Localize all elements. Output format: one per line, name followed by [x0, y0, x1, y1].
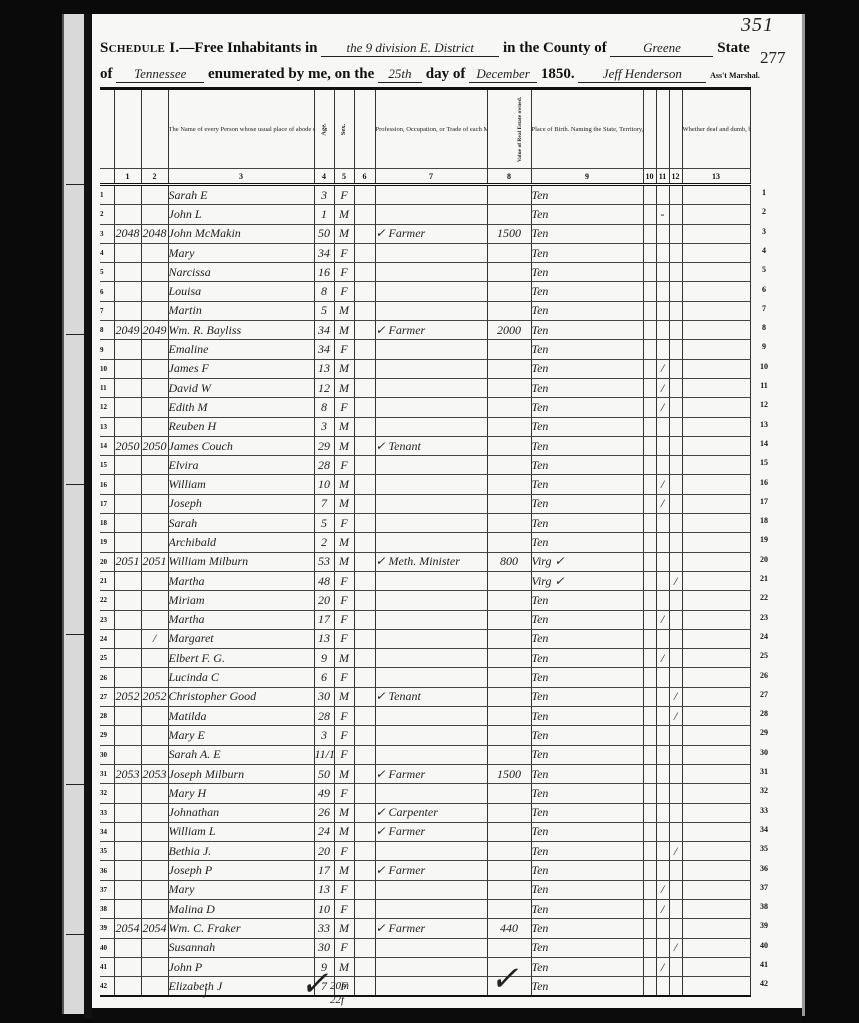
color-value — [354, 784, 375, 803]
person-name: Mary — [168, 243, 314, 262]
birthplace-value: Ten — [531, 938, 643, 957]
dwelling-number — [114, 243, 141, 262]
birthplace-value: Ten — [531, 822, 643, 841]
infirmity-value — [682, 456, 750, 475]
sex-value: M — [334, 359, 354, 378]
real-estate-value — [487, 668, 531, 687]
line-number: 33 — [100, 803, 114, 822]
school-mark — [656, 552, 669, 571]
infirmity-value — [682, 880, 750, 899]
person-name: Wm. R. Bayliss — [168, 321, 314, 340]
year-label: 1850. — [541, 66, 575, 82]
line-number: 22 — [100, 591, 114, 610]
married-mark — [643, 938, 656, 957]
table-row: 23Martha17FTen/ — [100, 610, 750, 629]
line-number: 32 — [100, 784, 114, 803]
line-number: 24 — [100, 629, 114, 648]
person-name: Martha — [168, 571, 314, 590]
married-mark — [643, 456, 656, 475]
family-number — [141, 571, 168, 590]
sex-value: F — [334, 899, 354, 918]
occupation-value — [375, 610, 487, 629]
real-estate-value — [487, 514, 531, 533]
real-estate-value — [487, 417, 531, 436]
married-mark — [643, 668, 656, 687]
age-value: 3 — [314, 726, 334, 745]
infirmity-value — [682, 938, 750, 957]
table-row: 6Louisa8FTen — [100, 282, 750, 301]
married-mark — [643, 552, 656, 571]
married-mark — [643, 185, 656, 205]
color-value — [354, 282, 375, 301]
line-number: 11 — [100, 378, 114, 397]
school-mark — [656, 185, 669, 205]
infirmity-value — [682, 243, 750, 262]
dwelling-number — [114, 861, 141, 880]
illiterate-mark — [669, 880, 682, 899]
illiterate-mark — [669, 899, 682, 918]
infirmity-value — [682, 629, 750, 648]
real-estate-value — [487, 899, 531, 918]
dwelling-number — [114, 591, 141, 610]
person-name: Joseph Milburn — [168, 764, 314, 783]
book-spine — [84, 14, 92, 1019]
real-estate-value — [487, 456, 531, 475]
col-num: 7 — [375, 169, 487, 185]
age-value: 9 — [314, 649, 334, 668]
school-mark — [656, 263, 669, 282]
infirmity-value — [682, 842, 750, 861]
infirmity-value — [682, 205, 750, 224]
line-number-right: 4 — [754, 246, 774, 255]
color-value — [354, 436, 375, 455]
age-value: 34 — [314, 243, 334, 262]
of-label: of — [100, 66, 113, 82]
illiterate-mark — [669, 494, 682, 513]
real-estate-value — [487, 436, 531, 455]
age-value: 17 — [314, 861, 334, 880]
birthplace-value: Virg ✓ — [531, 552, 643, 571]
dwelling-number — [114, 301, 141, 320]
sex-value: F — [334, 591, 354, 610]
sex-value: M — [334, 861, 354, 880]
infirmity-value — [682, 591, 750, 610]
infirmity-value — [682, 359, 750, 378]
person-name: Margaret — [168, 629, 314, 648]
col-num: 4 — [314, 169, 334, 185]
schedule-label: Schedule I. — [100, 40, 179, 56]
table-row: 30Sarah A. E11/12FTen — [100, 745, 750, 764]
line-number: 6 — [100, 282, 114, 301]
col-8-header: Value of Real Estate owned. — [487, 89, 531, 169]
occupation-value — [375, 475, 487, 494]
table-row: 29Mary E3FTen — [100, 726, 750, 745]
age-value: 34 — [314, 340, 334, 359]
line-number: 25 — [100, 649, 114, 668]
age-value: 20 — [314, 842, 334, 861]
dwelling-number — [114, 938, 141, 957]
family-number: 2054 — [141, 919, 168, 938]
person-name: Martin — [168, 301, 314, 320]
school-mark — [656, 340, 669, 359]
real-estate-value — [487, 745, 531, 764]
real-estate-value — [487, 263, 531, 282]
line-number: 34 — [100, 822, 114, 841]
illiterate-mark — [669, 726, 682, 745]
real-estate-value: 800 — [487, 552, 531, 571]
school-mark — [656, 861, 669, 880]
married-mark — [643, 957, 656, 976]
infirmity-value — [682, 494, 750, 513]
family-number — [141, 707, 168, 726]
line-number: 41 — [100, 957, 114, 976]
real-estate-value: 1500 — [487, 224, 531, 243]
color-value — [354, 745, 375, 764]
birthplace-value: Ten — [531, 205, 643, 224]
real-estate-value — [487, 533, 531, 552]
dwelling-number — [114, 629, 141, 648]
real-estate-value — [487, 822, 531, 841]
person-name: John McMakin — [168, 224, 314, 243]
sex-value: F — [334, 784, 354, 803]
illiterate-mark — [669, 243, 682, 262]
tally-males: 20m — [330, 980, 349, 992]
family-number — [141, 822, 168, 841]
age-value: 17 — [314, 610, 334, 629]
marshal-signature: Jeff Henderson — [578, 66, 706, 83]
adjacent-page-edge — [62, 14, 86, 1014]
infirmity-value — [682, 514, 750, 533]
sex-value: M — [334, 552, 354, 571]
infirmity-value — [682, 398, 750, 417]
birthplace-value: Ten — [531, 378, 643, 397]
illiterate-mark — [669, 552, 682, 571]
col-num: 12 — [669, 169, 682, 185]
color-value — [354, 514, 375, 533]
school-mark — [656, 514, 669, 533]
line-number-right: 21 — [754, 574, 774, 583]
age-value: 13 — [314, 880, 334, 899]
family-number: 2050 — [141, 436, 168, 455]
birthplace-value: Ten — [531, 243, 643, 262]
occupation-value — [375, 745, 487, 764]
line-number-right: 10 — [754, 362, 774, 371]
table-row: 38Malina D10FTen/ — [100, 899, 750, 918]
occupation-value: ✓ Meth. Minister — [375, 552, 487, 571]
color-value — [354, 205, 375, 224]
school-mark — [656, 668, 669, 687]
infirmity-value — [682, 919, 750, 938]
col-num: 1 — [114, 169, 141, 185]
family-number — [141, 456, 168, 475]
county-field: Greene — [610, 40, 713, 57]
infirmity-value — [682, 378, 750, 397]
line-number: 19 — [100, 533, 114, 552]
married-mark — [643, 899, 656, 918]
real-estate-value — [487, 571, 531, 590]
line-number-right: 35 — [754, 844, 774, 853]
infirmity-value — [682, 764, 750, 783]
birthplace-value: Ten — [531, 842, 643, 861]
col-num: 5 — [334, 169, 354, 185]
age-value: 10 — [314, 899, 334, 918]
family-number — [141, 861, 168, 880]
line-number-right: 33 — [754, 806, 774, 815]
family-number — [141, 649, 168, 668]
infirmity-value — [682, 321, 750, 340]
line-number-right: 36 — [754, 864, 774, 873]
married-mark — [643, 649, 656, 668]
line-number: 18 — [100, 514, 114, 533]
line-number-right: 34 — [754, 825, 774, 834]
line-number: 7 — [100, 301, 114, 320]
dwelling-number — [114, 784, 141, 803]
school-mark — [656, 571, 669, 590]
family-number: 2053 — [141, 764, 168, 783]
dwelling-number — [114, 822, 141, 841]
line-number-right: 1 — [754, 188, 774, 197]
person-name: Susannah — [168, 938, 314, 957]
dwelling-number — [114, 571, 141, 590]
color-value — [354, 398, 375, 417]
line-number: 1 — [100, 185, 114, 205]
occupation-value — [375, 726, 487, 745]
census-rows: 1Sarah E3FTen2John L1MTen-320482048John … — [100, 185, 750, 997]
real-estate-value — [487, 610, 531, 629]
color-value — [354, 243, 375, 262]
occupation-value — [375, 378, 487, 397]
person-name: Bethia J. — [168, 842, 314, 861]
married-mark — [643, 784, 656, 803]
illiterate-mark — [669, 456, 682, 475]
infirmity-value — [682, 687, 750, 706]
family-number: 2049 — [141, 321, 168, 340]
line-number-right: 20 — [754, 555, 774, 564]
sex-value: M — [334, 301, 354, 320]
printed-page-number: 277 — [760, 48, 786, 68]
col-4-header: Age. — [314, 89, 334, 169]
line-number: 5 — [100, 263, 114, 282]
line-number-right: 8 — [754, 323, 774, 332]
person-name: Christopher Good — [168, 687, 314, 706]
occupation-value — [375, 784, 487, 803]
birthplace-value: Ten — [531, 957, 643, 976]
infirmity-value — [682, 185, 750, 205]
sex-value: M — [334, 687, 354, 706]
infirmity-value — [682, 822, 750, 841]
sex-value: F — [334, 282, 354, 301]
married-mark — [643, 494, 656, 513]
family-number — [141, 398, 168, 417]
birthplace-value: Ten — [531, 803, 643, 822]
line-number-right: 14 — [754, 439, 774, 448]
birthplace-value: Ten — [531, 340, 643, 359]
line-number-right: 3 — [754, 227, 774, 236]
real-estate-value — [487, 398, 531, 417]
infirmity-value — [682, 784, 750, 803]
occupation-value — [375, 707, 487, 726]
person-name: Joseph P — [168, 861, 314, 880]
person-name: Emaline — [168, 340, 314, 359]
line-number: 35 — [100, 842, 114, 861]
family-number — [141, 745, 168, 764]
school-mark — [656, 533, 669, 552]
person-name: Sarah — [168, 514, 314, 533]
table-row: 3920542054Wm. C. Fraker33M✓ Farmer440Ten — [100, 919, 750, 938]
line-number: 30 — [100, 745, 114, 764]
family-number: 2048 — [141, 224, 168, 243]
line-number-right: 26 — [754, 671, 774, 680]
line-number: 9 — [100, 340, 114, 359]
header-line-1: Schedule I.—Free Inhabitants in the 9 di… — [100, 40, 750, 57]
col-13-header: Whether deaf and dumb, blind, insane, id… — [682, 89, 750, 169]
school-mark — [656, 745, 669, 764]
school-mark — [656, 243, 669, 262]
color-value — [354, 340, 375, 359]
person-name: John L — [168, 205, 314, 224]
table-row: 21Martha48FVirg ✓/ — [100, 571, 750, 590]
dwelling-number — [114, 378, 141, 397]
dwelling-number — [114, 456, 141, 475]
illiterate-mark — [669, 764, 682, 783]
age-value: 48 — [314, 571, 334, 590]
illiterate-mark — [669, 629, 682, 648]
occupation-value — [375, 880, 487, 899]
sex-value: M — [334, 378, 354, 397]
sex-value: M — [334, 649, 354, 668]
family-number — [141, 494, 168, 513]
col-num: 9 — [531, 169, 643, 185]
day-field: 25th — [378, 66, 422, 83]
line-number: 3 — [100, 224, 114, 243]
married-mark — [643, 243, 656, 262]
illiterate-mark — [669, 301, 682, 320]
family-number — [141, 533, 168, 552]
col-12-header: Persons over 20 y'rs of age who cannot r… — [669, 89, 682, 169]
occupation-value — [375, 494, 487, 513]
illiterate-mark: / — [669, 687, 682, 706]
col-3-header: The Name of every Person whose usual pla… — [168, 89, 314, 169]
table-row: 17Joseph7MTen/ — [100, 494, 750, 513]
person-name: Sarah E — [168, 185, 314, 205]
line-number-right: 39 — [754, 921, 774, 930]
married-mark — [643, 822, 656, 841]
division-field: the 9 division E. District — [321, 40, 499, 57]
birthplace-value: Ten — [531, 610, 643, 629]
illiterate-mark — [669, 359, 682, 378]
family-number — [141, 803, 168, 822]
table-row: 5Narcissa16FTen — [100, 263, 750, 282]
infirmity-value — [682, 282, 750, 301]
line-number: 2 — [100, 205, 114, 224]
line-number: 8 — [100, 321, 114, 340]
school-mark — [656, 321, 669, 340]
age-value: 50 — [314, 764, 334, 783]
col-10-header: Married within the year. — [643, 89, 656, 169]
family-number — [141, 301, 168, 320]
col-num: 10 — [643, 169, 656, 185]
column-header-row: Dwelling-houses numbered in the order of… — [100, 89, 750, 169]
line-number-right: 6 — [754, 285, 774, 294]
table-row: 10James F13MTen/ — [100, 359, 750, 378]
color-value — [354, 977, 375, 997]
age-value: 49 — [314, 784, 334, 803]
age-value: 3 — [314, 185, 334, 205]
person-name: William Milburn — [168, 552, 314, 571]
table-row: 42Elizabeth J7FTen — [100, 977, 750, 997]
person-name: William L — [168, 822, 314, 841]
age-value: 6 — [314, 668, 334, 687]
dwelling-number — [114, 957, 141, 976]
school-mark: - — [656, 205, 669, 224]
color-value — [354, 880, 375, 899]
birthplace-value: Ten — [531, 861, 643, 880]
real-estate-value — [487, 282, 531, 301]
real-estate-value — [487, 629, 531, 648]
birthplace-value: Ten — [531, 919, 643, 938]
age-value: 12 — [314, 378, 334, 397]
birthplace-value: Ten — [531, 629, 643, 648]
line-number: 15 — [100, 456, 114, 475]
illiterate-mark — [669, 263, 682, 282]
occupation-value — [375, 938, 487, 957]
line-number-right: 16 — [754, 478, 774, 487]
line-number: 28 — [100, 707, 114, 726]
infirmity-value — [682, 899, 750, 918]
color-value — [354, 591, 375, 610]
real-estate-value — [487, 340, 531, 359]
family-number — [141, 957, 168, 976]
line-number-right: 7 — [754, 304, 774, 313]
col-6-header: Color, White, black, or mulatto. — [354, 89, 375, 169]
dwelling-number — [114, 514, 141, 533]
line-number-right: 12 — [754, 400, 774, 409]
occupation-value: ✓ Farmer — [375, 861, 487, 880]
birthplace-value: Ten — [531, 591, 643, 610]
line-number: 42 — [100, 977, 114, 997]
age-value: 24 — [314, 822, 334, 841]
line-number-right: 41 — [754, 960, 774, 969]
illiterate-mark — [669, 205, 682, 224]
family-number — [141, 880, 168, 899]
person-name: Elbert F. G. — [168, 649, 314, 668]
color-value — [354, 301, 375, 320]
occupation-value — [375, 591, 487, 610]
line-number-right: 19 — [754, 535, 774, 544]
family-number — [141, 243, 168, 262]
color-value — [354, 629, 375, 648]
age-value: 34 — [314, 321, 334, 340]
married-mark — [643, 533, 656, 552]
line-number-right: 18 — [754, 516, 774, 525]
line-number: 14 — [100, 436, 114, 455]
real-estate-value — [487, 842, 531, 861]
infirmity-value — [682, 571, 750, 590]
age-value: 13 — [314, 629, 334, 648]
age-value: 33 — [314, 919, 334, 938]
color-value — [354, 378, 375, 397]
occupation-value — [375, 629, 487, 648]
age-value: 28 — [314, 456, 334, 475]
color-value — [354, 417, 375, 436]
census-table: Dwelling-houses numbered in the order of… — [100, 87, 751, 997]
real-estate-value — [487, 185, 531, 205]
table-row: 35Bethia J.20FTen/ — [100, 842, 750, 861]
birthplace-value: Ten — [531, 977, 643, 997]
age-value: 30 — [314, 687, 334, 706]
color-value — [354, 957, 375, 976]
birthplace-value: Ten — [531, 494, 643, 513]
